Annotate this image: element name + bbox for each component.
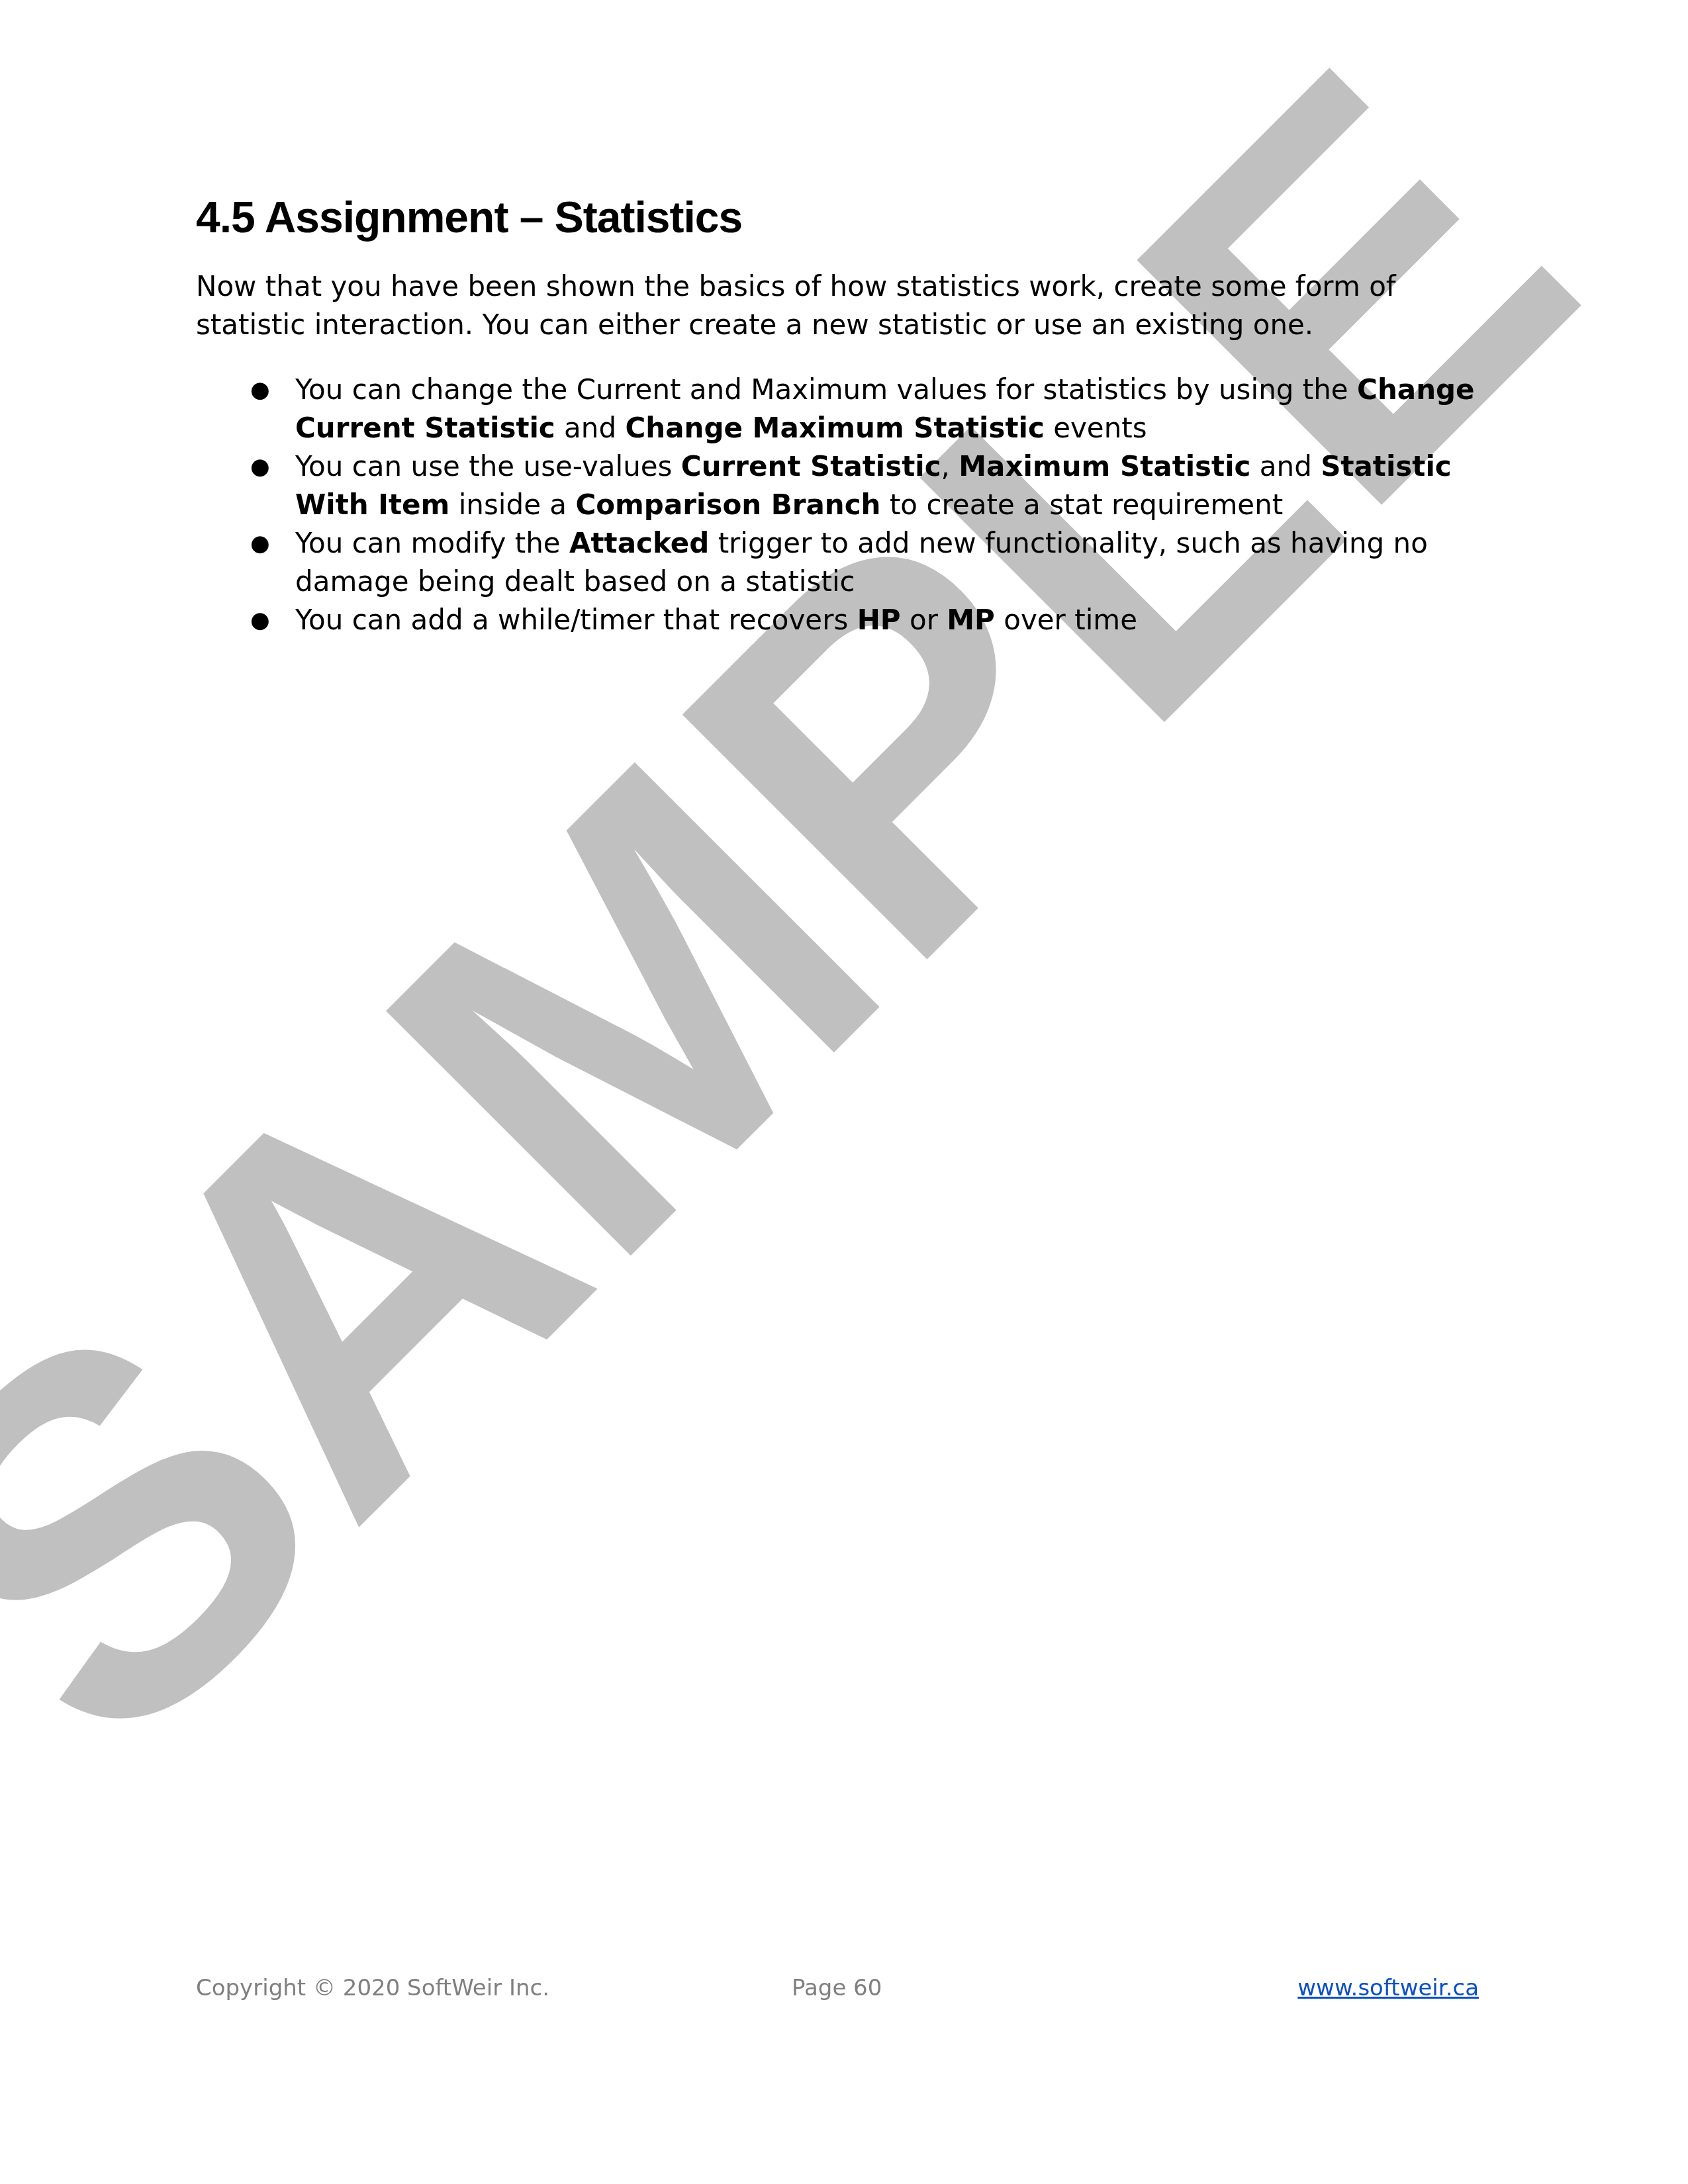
bullet-text: and (555, 412, 626, 444)
bullet-item: ●You can add a while/timer that recovers… (196, 601, 1493, 639)
bold-term: MP (947, 604, 995, 636)
website-link[interactable]: www.softweir.ca (1297, 1975, 1479, 2001)
bullet-text: , (941, 450, 959, 482)
bullet-text: You can add a while/timer that recovers (295, 604, 857, 636)
bullet-text: inside a (449, 488, 575, 521)
intro-paragraph: Now that you have been shown the basics … (196, 267, 1454, 344)
bullet-text: You can change the Current and Maximum v… (295, 373, 1357, 406)
bullet-item: ●You can change the Current and Maximum … (196, 371, 1493, 447)
bullet-dot-icon: ● (250, 371, 270, 409)
bullet-text: over time (995, 604, 1137, 636)
document-page: SAMPLE 4.5 Assignment – Statistics Now t… (0, 0, 1688, 2184)
intro-line-1: Now that you have been shown the basics … (196, 270, 1396, 302)
assignment-bullet-list: ●You can change the Current and Maximum … (196, 371, 1493, 639)
page-number: Page 60 (792, 1975, 882, 2001)
bold-term: Current Statistic (681, 450, 941, 482)
bullet-item: ●You can use the use-values Current Stat… (196, 447, 1493, 524)
bullet-text: to create a stat requirement (881, 488, 1284, 521)
intro-line-2: statistic interaction. You can either cr… (196, 308, 1313, 341)
bullet-text: and (1250, 450, 1321, 482)
bullet-dot-icon: ● (250, 447, 270, 486)
bullet-dot-icon: ● (250, 601, 270, 639)
copyright-text: Copyright © 2020 SoftWeir Inc. (196, 1975, 549, 2001)
bullet-dot-icon: ● (250, 524, 270, 563)
bullet-text: You can modify the (295, 527, 569, 559)
bold-term: Change Maximum Statistic (625, 412, 1044, 444)
bullet-text: You can use the use-values (295, 450, 681, 482)
bullet-text: events (1045, 412, 1147, 444)
bold-term: Attacked (569, 527, 709, 559)
bullet-item: ●You can modify the Attacked trigger to … (196, 524, 1493, 601)
section-heading: 4.5 Assignment – Statistics (196, 192, 742, 242)
bullet-text: or (901, 604, 947, 636)
bold-term: Maximum Statistic (959, 450, 1250, 482)
bold-term: Comparison Branch (575, 488, 880, 521)
bold-term: HP (857, 604, 901, 636)
